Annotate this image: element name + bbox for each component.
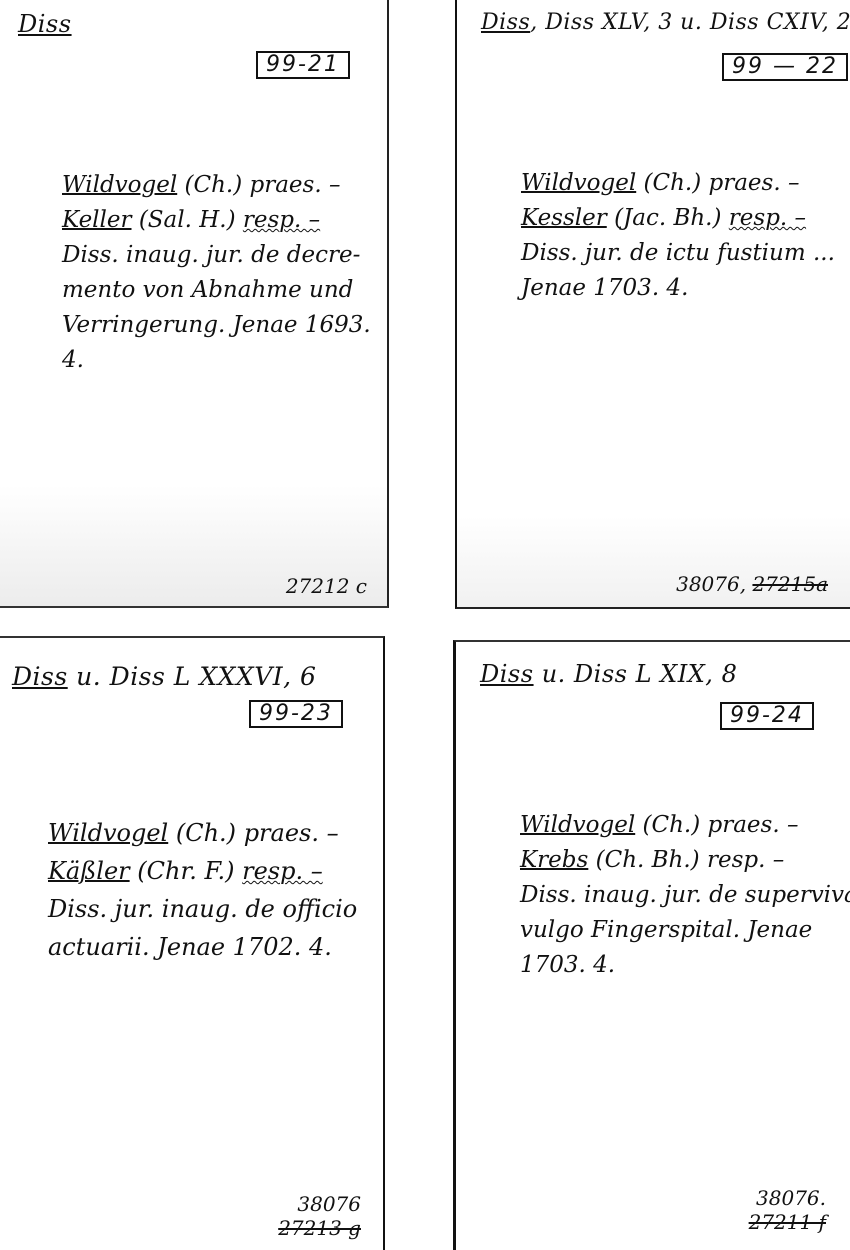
title-line: actuarii. Jenae 1702. 4. [48, 928, 357, 966]
respondent-line: Käßler (Chr. F.) resp. – [48, 852, 357, 890]
catalog-card-99-24: Diss u. Diss L XIX, 8 99-24 Wildvogel (C… [453, 640, 850, 1250]
praeses-name: Wildvogel [521, 170, 636, 196]
title-line: Diss. inaug. jur. de superviva, [520, 878, 850, 913]
call-number: 99-21 [256, 51, 350, 79]
respondent-role: resp. – [243, 207, 320, 233]
catalog-card-99-23: Diss u. Diss L XXXVI, 6 99-23 Wildvogel … [0, 636, 385, 1250]
title-line: Diss. jur. inaug. de officio [48, 890, 357, 928]
accession-number: 38076. 27211 f [749, 1186, 826, 1234]
call-number: 99 — 22 [722, 53, 848, 81]
card-header: Diss [18, 10, 72, 38]
collection-ref: u. Diss L XXXVI, 6 [68, 662, 317, 691]
respondent-initials: (Chr. F.) [137, 857, 234, 885]
praeses-role: praes. – [244, 819, 339, 847]
respondent-initials: (Jac. Bh.) [614, 205, 721, 231]
accession-number: 38076 27213 g [278, 1192, 361, 1240]
respondent-role: resp. – [729, 205, 806, 231]
respondent-initials: (Sal. H.) [139, 207, 236, 233]
respondent-name: Krebs [520, 847, 588, 873]
praeses-line: Wildvogel (Ch.) praes. – [520, 808, 850, 843]
title-line: 4. [62, 343, 371, 378]
card-entry: Wildvogel (Ch.) praes. – Keller (Sal. H.… [62, 168, 371, 378]
praeses-line: Wildvogel (Ch.) praes. – [48, 814, 357, 852]
accession-struck: 27215a [752, 572, 828, 596]
respondent-line: Krebs (Ch. Bh.) resp. – [520, 843, 850, 878]
accession-current: 38076. [749, 1186, 826, 1210]
collection-abbr: Diss [481, 10, 530, 35]
respondent-line: Kessler (Jac. Bh.) resp. – [521, 201, 835, 236]
card-entry: Wildvogel (Ch.) praes. – Käßler (Chr. F.… [48, 814, 357, 966]
call-number: 99-24 [720, 702, 814, 730]
praeses-name: Wildvogel [62, 172, 177, 198]
catalog-card-99-22: Diss, Diss XLV, 3 u. Diss CXIV, 2 99 — 2… [455, 0, 850, 609]
collection-abbr: Diss [480, 660, 534, 688]
title-line: Diss. jur. de ictu fustium ... [521, 236, 835, 271]
card-entry: Wildvogel (Ch.) praes. – Krebs (Ch. Bh.)… [520, 808, 850, 983]
title-line: 1703. 4. [520, 948, 850, 983]
respondent-line: Keller (Sal. H.) resp. – [62, 203, 371, 238]
praeses-name: Wildvogel [520, 812, 635, 838]
accession-current: 38076 [278, 1192, 361, 1216]
praeses-initials: (Ch.) [644, 170, 702, 196]
card-header: Diss, Diss XLV, 3 u. Diss CXIV, 2 [481, 10, 850, 35]
praeses-initials: (Ch.) [643, 812, 701, 838]
accession-number: 38076, 27215a [676, 572, 828, 596]
title-line: Diss. inaug. jur. de decre- [62, 238, 371, 273]
praeses-initials: (Ch.) [176, 819, 236, 847]
respondent-name: Kessler [521, 205, 607, 231]
accession-number: 27212 c [286, 574, 367, 598]
praeses-line: Wildvogel (Ch.) praes. – [521, 166, 835, 201]
title-line: vulgo Fingerspital. Jenae [520, 913, 850, 948]
collection-abbr: Diss [18, 10, 72, 38]
accession-current: 27212 c [286, 574, 367, 598]
card-header: Diss u. Diss L XIX, 8 [480, 660, 737, 688]
praeses-initials: (Ch.) [185, 172, 243, 198]
respondent-role: resp. – [707, 847, 784, 873]
praeses-line: Wildvogel (Ch.) praes. – [62, 168, 371, 203]
respondent-initials: (Ch. Bh.) [596, 847, 700, 873]
catalog-card-99-21: Diss 99-21 Wildvogel (Ch.) praes. – Kell… [0, 0, 389, 608]
collection-abbr: Diss [12, 662, 68, 691]
collection-ref: u. Diss L XIX, 8 [534, 660, 738, 688]
accession-struck: 27211 f [749, 1210, 826, 1234]
praeses-role: praes. – [250, 172, 341, 198]
title-line: mento von Abnahme und [62, 273, 371, 308]
call-number: 99-23 [249, 700, 343, 728]
accession-current: 38076, [676, 572, 746, 596]
praeses-name: Wildvogel [48, 819, 168, 847]
praeses-role: praes. – [709, 170, 800, 196]
respondent-name: Keller [62, 207, 132, 233]
title-line: Verringerung. Jenae 1693. [62, 308, 371, 343]
praeses-role: praes. – [708, 812, 799, 838]
card-entry: Wildvogel (Ch.) praes. – Kessler (Jac. B… [521, 166, 835, 306]
collection-ref: , Diss XLV, 3 u. Diss CXIV, 2 [530, 10, 850, 35]
respondent-name: Käßler [48, 857, 130, 885]
respondent-role: resp. – [242, 857, 323, 885]
accession-struck: 27213 g [278, 1216, 361, 1240]
title-line: Jenae 1703. 4. [521, 271, 835, 306]
card-header: Diss u. Diss L XXXVI, 6 [12, 662, 316, 691]
